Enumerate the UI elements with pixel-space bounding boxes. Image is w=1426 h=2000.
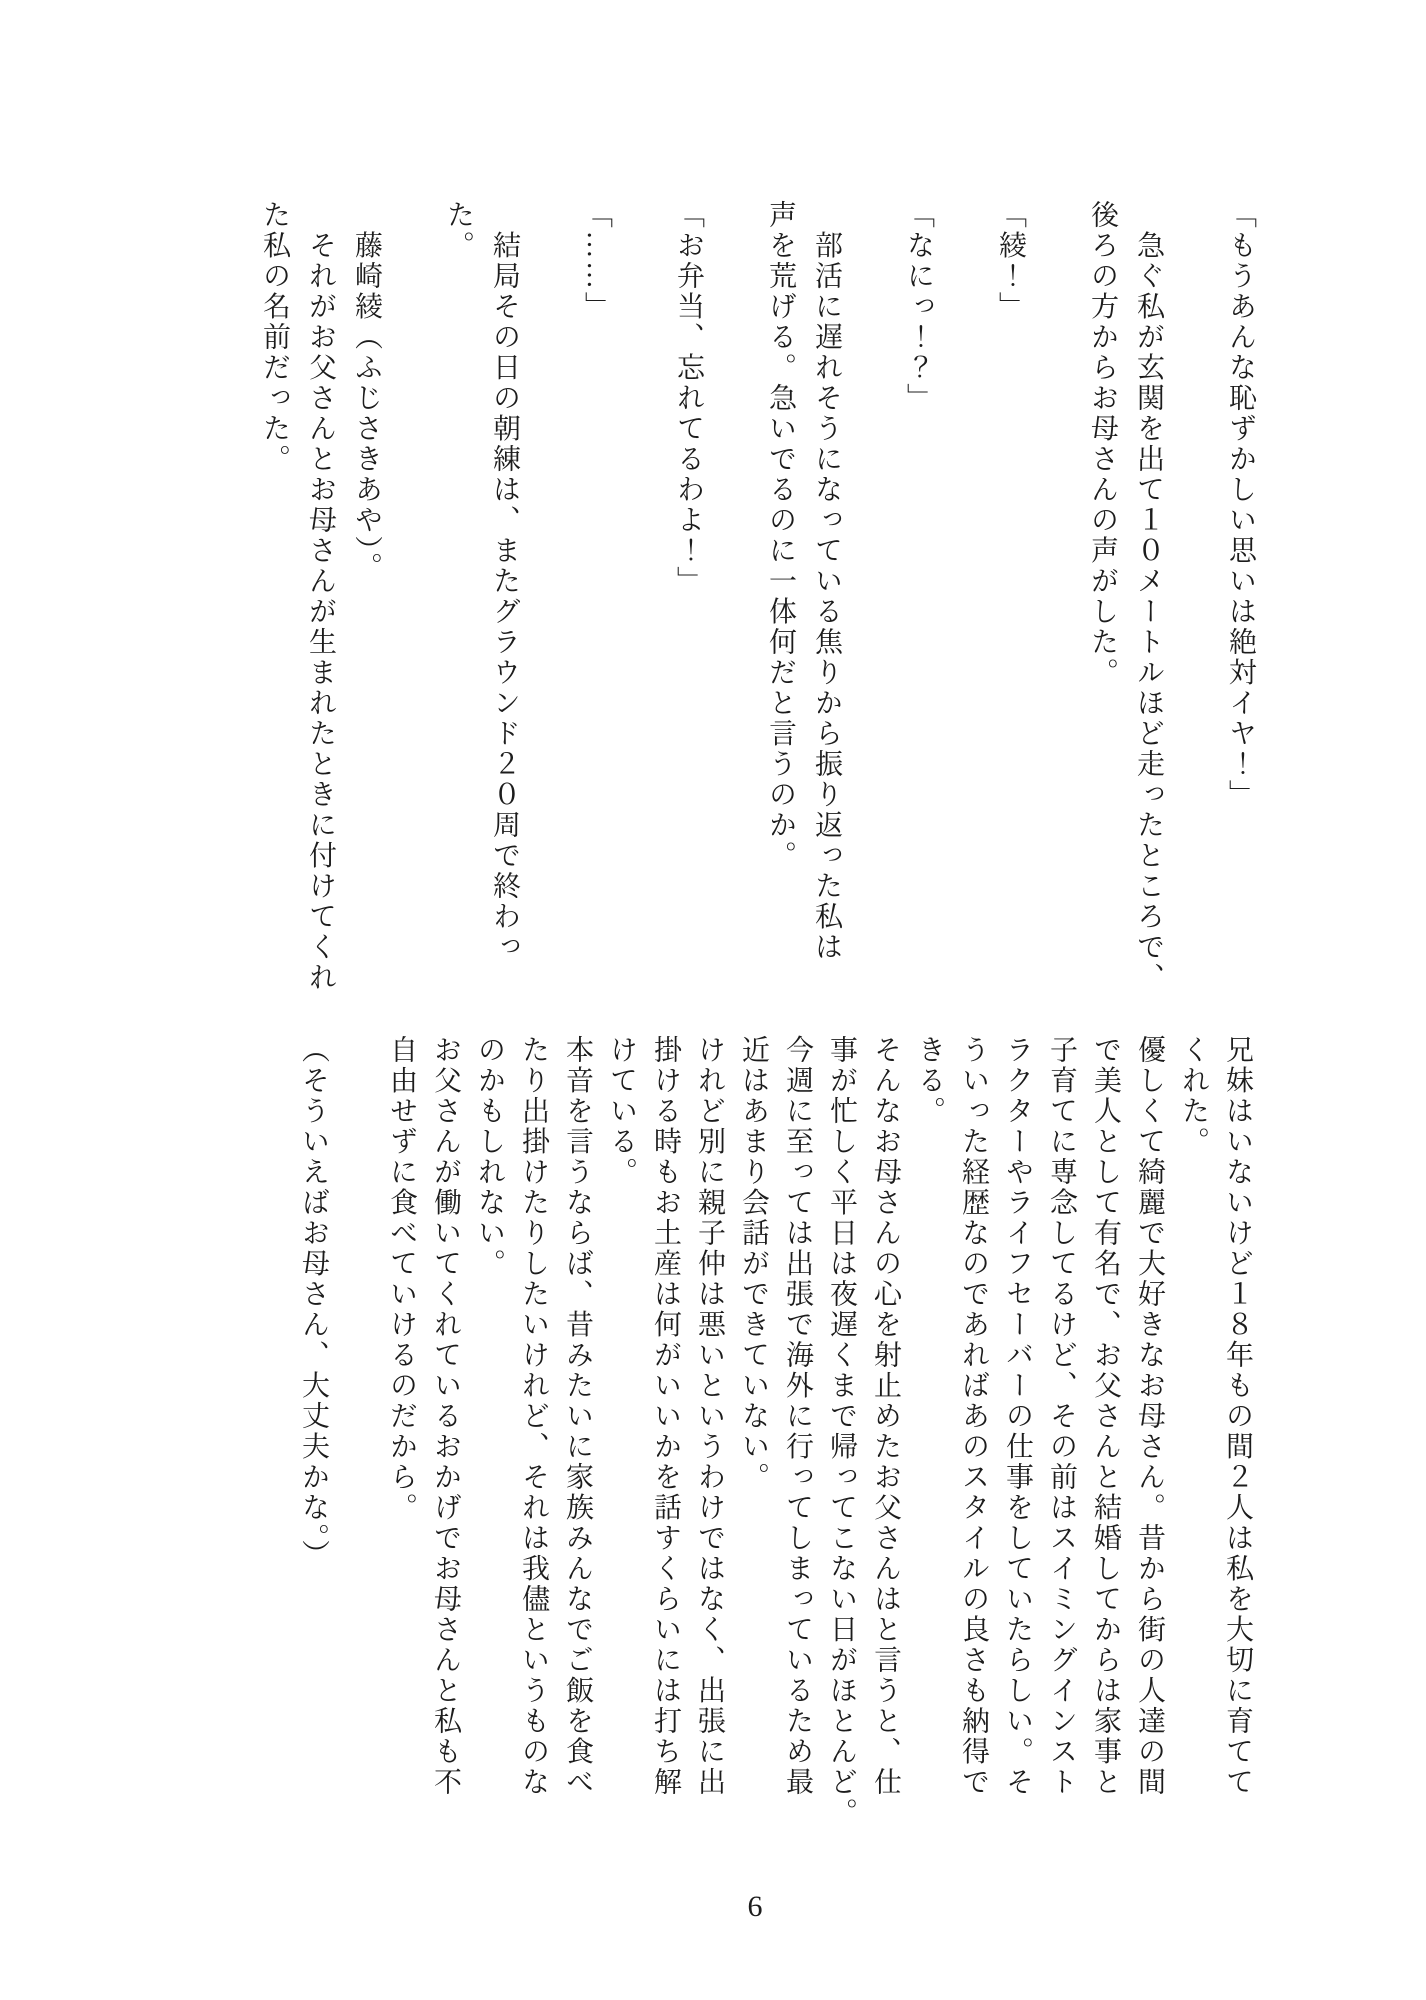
paragraph: 急ぐ私が玄関を出て１０メートルほど走ったところで、 後ろの方からお母さんの声がし… (1079, 200, 1171, 1000)
page-number: 6 (640, 1890, 870, 1924)
paragraph: 「もうあんな恥ずかしい思いは絶対イヤ！」 (1217, 200, 1263, 1000)
paragraph: 結局その日の朝練は、またグラウンド２０周で終わっ た。 (435, 200, 527, 1000)
paragraph: （そういえばお母さん、大丈夫かな。） (291, 1035, 335, 1835)
document-page: 「もうあんな恥ずかしい思いは絶対イヤ！」 急ぐ私が玄関を出て１０メートルほど走っ… (0, 0, 1426, 2000)
paragraph: お父さんが働いてくれているおかげでお母さんと私も不 自由せずに食べていけるのだか… (379, 1035, 467, 1835)
text-block-top: 「もうあんな恥ずかしい思いは絶対イヤ！」 急ぐ私が玄関を出て１０メートルほど走っ… (251, 200, 1263, 1000)
paragraph: 「なにっ！？」 (895, 200, 941, 1000)
paragraph: それがお父さんとお母さんが生まれたときに付けてくれ た私の名前だった。 (251, 200, 343, 1000)
paragraph: けれど別に親子仲は悪いというわけではなく、出張に出 掛ける時もお土産は何がいいか… (599, 1035, 731, 1835)
paragraph: 「……」 (573, 200, 619, 1000)
text-block-bottom: 兄妹はいないけど１８年もの間２人は私を大切に育てて くれた。優しくて綺麗で大好き… (291, 1035, 1259, 1835)
paragraph: 本音を言うならば、昔みたいに家族みんなでご飯を食べ たり出掛けたりしたいけれど、… (467, 1035, 599, 1835)
paragraph: 「綾！」 (987, 200, 1033, 1000)
paragraph: 優しくて綺麗で大好きなお母さん。昔から街の人達の間 で美人として有名で、お父さん… (907, 1035, 1171, 1835)
paragraph: 兄妹はいないけど１８年もの間２人は私を大切に育てて くれた。 (1171, 1035, 1259, 1835)
paragraph: 部活に遅れそうになっている焦りから振り返った私は 声を荒げる。急いでるのに一体何… (757, 200, 849, 1000)
paragraph: そんなお母さんの心を射止めたお父さんはと言うと、仕 事が忙しく平日は夜遅くまで帰… (731, 1035, 907, 1835)
paragraph: 「お弁当、忘れてるわよ！」 (665, 200, 711, 1000)
paragraph: 藤崎綾（ふじさきあや）。 (343, 200, 389, 1000)
